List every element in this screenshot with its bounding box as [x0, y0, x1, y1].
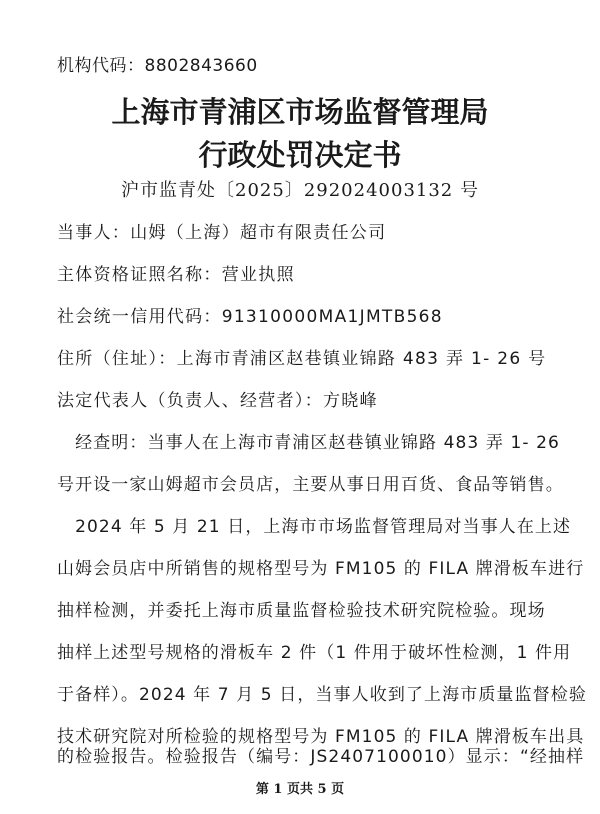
body-line: 山姆会员店中所销售的规格型号为 FM105 的 FILA 牌滑板车进行	[57, 554, 584, 579]
body-line: 抽样检测，并委托上海市质量监督检验技术研究院检验。现场	[57, 596, 546, 621]
body-line: 号开设一家山姆超市会员店，主要从事日用百货、食品等销售。	[57, 470, 564, 495]
party-address: 住所（住址）：上海市青浦区赵巷镇业锦路 483 弄 1- 26 号	[57, 344, 546, 369]
party-name: 当事人：山姆（上海）超市有限责任公司	[57, 218, 386, 243]
issuing-authority-title: 上海市青浦区市场监督管理局	[0, 90, 600, 131]
license-name: 主体资格证照名称：营业执照	[57, 260, 295, 285]
body-line: 抽样上述型号规格的滑板车 2 件（1 件用于破坏性检测，1 件用	[57, 638, 571, 663]
legal-representative: 法定代表人（负责人、经营者）：方晓峰	[57, 386, 378, 411]
credit-code: 社会统一信用代码：91310000MA1JMTB568	[57, 302, 443, 327]
body-line: 于备样）。2024 年 7 月 5 日，当事人收到了上海市质量监督检验	[57, 680, 587, 705]
document-type-title: 行政处罚决定书	[0, 133, 600, 174]
body-line: 经查明：当事人在上海市青浦区赵巷镇业锦路 483 弄 1- 26	[57, 428, 560, 453]
page-indicator: 第 1 页共 5 页	[0, 778, 600, 797]
document-number: 沪市监青处〔2025〕292024003132 号	[0, 176, 600, 202]
body-line: 的检验报告。检验报告（编号：JS2407100010）显示：“经抽样	[57, 742, 584, 767]
org-code: 机构代码：8802843660	[57, 51, 258, 76]
body-line: 2024 年 5 月 21 日，上海市市场监督管理局对当事人在上述	[57, 512, 571, 537]
